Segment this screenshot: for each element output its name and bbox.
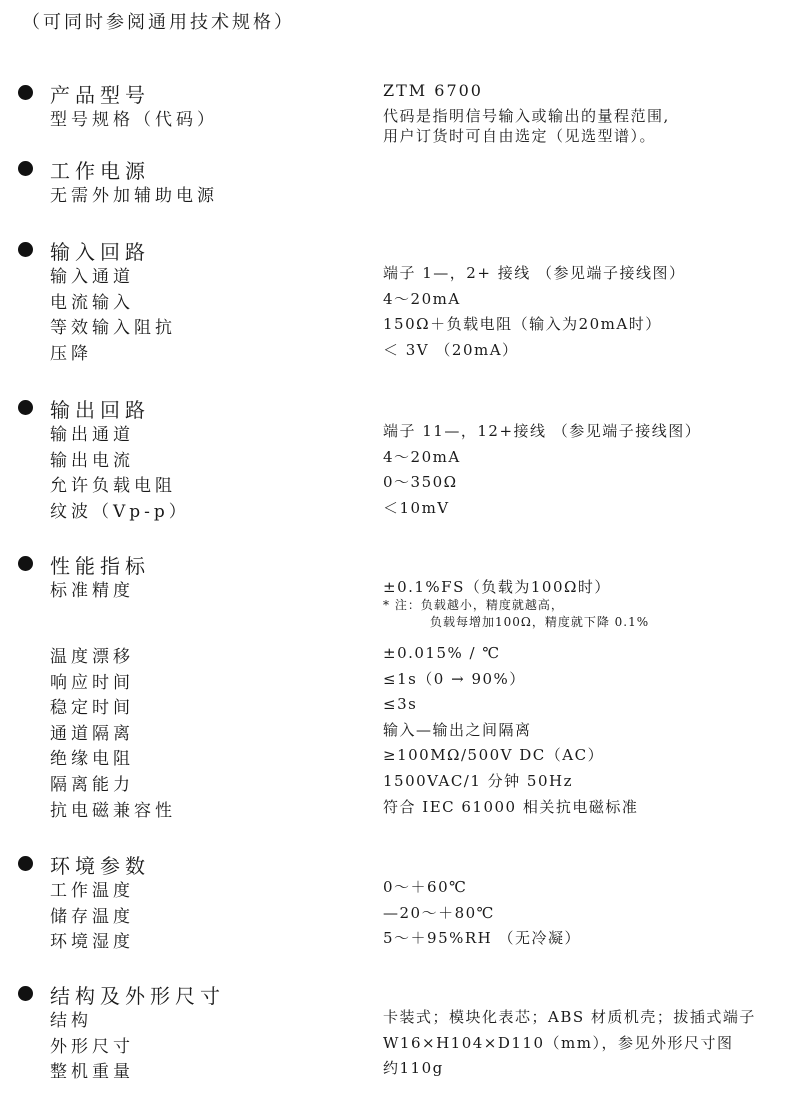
spec-row: 输入通道 端子 1—，2+ 接线 （参见端子接线图） xyxy=(0,262,790,288)
spec-value: —20～＋80℃ xyxy=(383,903,495,923)
spec-value: ±0.1%FS（负载为100Ω时） * 注：负载越小，精度就越高， 负载每增加1… xyxy=(383,577,649,631)
spec-label: 抗电磁兼容性 xyxy=(50,796,176,821)
bullet-icon xyxy=(18,85,33,100)
section-output-circuit: 输出回路 输出通道 端子 11—，12+接线 （参见端子接线图） 输出电流 4～… xyxy=(0,394,790,522)
section-performance: 性能指标 标准精度 ±0.1%FS（负载为100Ω时） * 注：负载越小，精度就… xyxy=(0,550,790,821)
spec-footnote: * 注：负载越小，精度就越高， xyxy=(383,597,649,614)
spec-label: 工作温度 xyxy=(50,876,134,901)
spec-row: 响应时间 ≤1s（0 → 90%） xyxy=(0,668,790,694)
spec-value: ≥100MΩ/500V DC（AC） xyxy=(383,745,604,765)
bullet-icon xyxy=(18,161,33,176)
spec-row: 通道隔离 输入—输出之间隔离 xyxy=(0,719,790,745)
spec-label: 标准精度 xyxy=(50,576,134,601)
spec-label: 稳定时间 xyxy=(50,693,134,718)
section-environment: 环境参数 工作温度 0～＋60℃ 储存温度 —20～＋80℃ 环境湿度 5～＋9… xyxy=(0,850,790,953)
section-title: 结构及外形尺寸 xyxy=(50,980,225,1009)
spec-label: 整机重量 xyxy=(50,1057,134,1082)
spec-value: ≤3s xyxy=(383,694,417,714)
spec-value-main: ±0.1%FS（负载为100Ω时） xyxy=(383,577,649,597)
section-title: 性能指标 xyxy=(50,550,150,579)
spec-value: 0～＋60℃ xyxy=(383,877,467,897)
bullet-icon xyxy=(18,986,33,1001)
spec-value: 5～＋95%RH （无冷凝） xyxy=(383,928,581,948)
spec-row: 工作温度 0～＋60℃ xyxy=(0,876,790,902)
spec-value: 约110g xyxy=(383,1058,444,1078)
spec-value: 4～20mA xyxy=(383,289,461,309)
spec-label: 环境湿度 xyxy=(50,927,134,952)
spec-value: 代码是指明信号输入或输出的量程范围, 用户订货时可自由选定（见选型谱）。 xyxy=(383,106,670,146)
section-title: 环境参数 xyxy=(50,850,150,879)
spec-value: 0～350Ω xyxy=(383,472,458,492)
spec-label: 输出通道 xyxy=(50,420,134,445)
spec-row: 整机重量 约110g xyxy=(0,1057,790,1083)
section-title: 输入回路 xyxy=(50,236,150,265)
spec-value: ≤1s（0 → 90%） xyxy=(383,669,526,689)
spec-label: 结构 xyxy=(50,1006,92,1031)
spec-value: ±0.015% / ℃ xyxy=(383,643,501,663)
bullet-icon xyxy=(18,242,33,257)
spec-label: 无需外加辅助电源 xyxy=(50,181,218,206)
spec-value: ＜10mV xyxy=(383,498,450,518)
spec-row: 储存温度 —20～＋80℃ xyxy=(0,902,790,928)
spec-row: 环境湿度 5～＋95%RH （无冷凝） xyxy=(0,927,790,953)
section-title: 输出回路 xyxy=(50,394,150,423)
spec-row: 外形尺寸 W16×H104×D110（mm），参见外形尺寸图 xyxy=(0,1032,790,1058)
spec-row: 标准精度 ±0.1%FS（负载为100Ω时） * 注：负载越小，精度就越高， 负… xyxy=(0,576,790,642)
spec-row: 型号规格（代码） 代码是指明信号输入或输出的量程范围, 用户订货时可自由选定（见… xyxy=(0,105,790,153)
spec-value: W16×H104×D110（mm），参见外形尺寸图 xyxy=(383,1033,733,1053)
spec-row: 输出通道 端子 11—，12+接线 （参见端子接线图） xyxy=(0,420,790,446)
spec-value: 端子 11—，12+接线 （参见端子接线图） xyxy=(383,421,701,441)
section-product-model: 产品型号 ZTM 6700 型号规格（代码） 代码是指明信号输入或输出的量程范围… xyxy=(0,79,790,153)
spec-label: 输入通道 xyxy=(50,262,134,287)
spec-value: 卡装式；模块化表芯；ABS 材质机壳；拔插式端子 xyxy=(383,1007,756,1027)
spec-row: 等效输入阻抗 150Ω＋负载电阻（输入为20mA时） xyxy=(0,313,790,339)
spec-row: 隔离能力 1500VAC/1 分钟 50Hz xyxy=(0,770,790,796)
spec-value-line: 代码是指明信号输入或输出的量程范围, xyxy=(383,106,670,126)
spec-row: 结构 卡装式；模块化表芯；ABS 材质机壳；拔插式端子 xyxy=(0,1006,790,1032)
spec-row: 无需外加辅助电源 xyxy=(0,181,790,207)
spec-value: 4～20mA xyxy=(383,447,461,467)
spec-row: 抗电磁兼容性 符合 IEC 61000 相关抗电磁标准 xyxy=(0,796,790,822)
spec-label: 压降 xyxy=(50,339,92,364)
spec-row: 温度漂移 ±0.015% / ℃ xyxy=(0,642,790,668)
spec-label: 等效输入阻抗 xyxy=(50,313,176,338)
section-power-supply: 工作电源 无需外加辅助电源 xyxy=(0,155,790,207)
spec-value: ＜ 3V （20mA） xyxy=(383,340,519,360)
model-number: ZTM 6700 xyxy=(383,81,483,100)
spec-label: 温度漂移 xyxy=(50,642,134,667)
spec-label: 绝缘电阻 xyxy=(50,744,134,769)
spec-row: 压降 ＜ 3V （20mA） xyxy=(0,339,790,365)
spec-row: 允许负载电阻 0～350Ω xyxy=(0,471,790,497)
spec-label: 外形尺寸 xyxy=(50,1032,134,1057)
spec-label: 储存温度 xyxy=(50,902,134,927)
spec-row: 绝缘电阻 ≥100MΩ/500V DC（AC） xyxy=(0,744,790,770)
spec-label: 响应时间 xyxy=(50,668,134,693)
spec-label: 隔离能力 xyxy=(50,770,134,795)
spec-label: 允许负载电阻 xyxy=(50,471,176,496)
section-structure-dimensions: 结构及外形尺寸 结构 卡装式；模块化表芯；ABS 材质机壳；拔插式端子 外形尺寸… xyxy=(0,980,790,1083)
spec-row: 输出电流 4～20mA xyxy=(0,446,790,472)
section-input-circuit: 输入回路 输入通道 端子 1—，2+ 接线 （参见端子接线图） 电流输入 4～2… xyxy=(0,236,790,364)
spec-value: 1500VAC/1 分钟 50Hz xyxy=(383,771,573,791)
spec-row: 纹波（Vp-p） ＜10mV xyxy=(0,497,790,523)
spec-value: 输入—输出之间隔离 xyxy=(383,720,532,740)
spec-row: 稳定时间 ≤3s xyxy=(0,693,790,719)
page-note: （可同时参阅通用技术规格） xyxy=(22,8,295,34)
spec-label: 输出电流 xyxy=(50,446,134,471)
spec-value: 150Ω＋负载电阻（输入为20mA时） xyxy=(383,314,662,334)
bullet-icon xyxy=(18,856,33,871)
section-title: 工作电源 xyxy=(50,155,150,184)
spec-value: 端子 1—，2+ 接线 （参见端子接线图） xyxy=(383,263,685,283)
spec-label: 电流输入 xyxy=(50,288,134,313)
spec-footnote: 负载每增加100Ω，精度就下降 0.1% xyxy=(383,614,649,631)
spec-value: 符合 IEC 61000 相关抗电磁标准 xyxy=(383,797,638,817)
spec-value-line: 用户订货时可自由选定（见选型谱）。 xyxy=(383,126,670,146)
spec-row: 电流输入 4～20mA xyxy=(0,288,790,314)
spec-label: 纹波（Vp-p） xyxy=(50,497,190,522)
spec-label: 型号规格（代码） xyxy=(50,105,218,130)
spec-label: 通道隔离 xyxy=(50,719,134,744)
section-title: 产品型号 xyxy=(50,79,150,108)
bullet-icon xyxy=(18,556,33,571)
bullet-icon xyxy=(18,400,33,415)
